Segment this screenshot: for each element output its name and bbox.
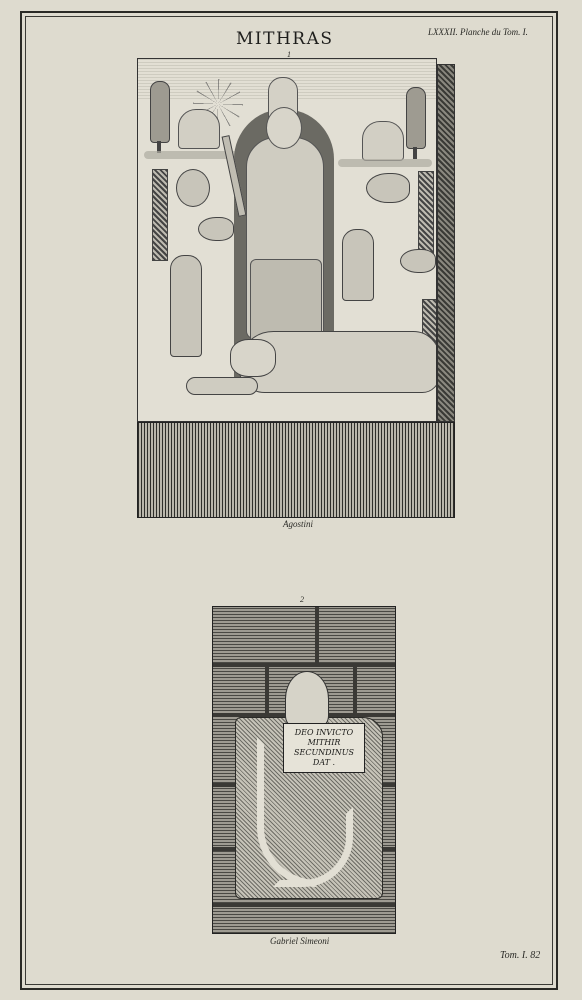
rooster-icon xyxy=(366,173,410,203)
figure-2-stone: DEO INVICTO MITHIR SECUNDINUS DAT . xyxy=(212,606,396,934)
inscription-tablet: DEO INVICTO MITHIR SECUNDINUS DAT . xyxy=(283,723,365,773)
brick-joint xyxy=(315,607,319,663)
inscription-line-2: MITHIR xyxy=(308,738,341,748)
cypress-right-icon xyxy=(406,87,426,149)
cypress-right-trunk xyxy=(413,147,417,159)
relief-side-edge xyxy=(437,64,455,422)
brick-joint xyxy=(265,663,269,713)
relief-panel xyxy=(137,58,437,422)
figure-1-relief xyxy=(137,58,455,518)
inscription-line-1: DEO INVICTO xyxy=(295,728,353,738)
dog-figure xyxy=(186,377,258,395)
figure-1-caption: Agostini xyxy=(283,519,313,529)
luna-bust xyxy=(362,121,404,161)
sol-bust xyxy=(178,109,220,149)
mithras-head xyxy=(266,107,302,149)
plate-title: MITHRAS xyxy=(236,29,334,49)
plate-page: MITHRAS LXXXII. Planche du Tom. I. 1 xyxy=(0,0,582,1000)
palm-left-icon xyxy=(152,169,168,261)
right-ground xyxy=(338,159,432,167)
page-footer: Tom. I. 82 xyxy=(500,950,540,961)
cautopates-torchbearer xyxy=(342,229,374,301)
brick-joint xyxy=(353,663,357,713)
plate-reference: LXXXII. Planche du Tom. I. xyxy=(428,27,528,37)
inscription-line-3: SECUNDINUS xyxy=(294,748,354,758)
inscription-line-4: DAT . xyxy=(313,758,335,768)
cypress-left-icon xyxy=(150,81,170,143)
brick-joint xyxy=(213,903,395,907)
lion-mask-icon xyxy=(176,169,210,207)
bull-head xyxy=(230,339,276,377)
figure-2-caption: Gabriel Simeoni xyxy=(270,936,329,946)
brick-joint xyxy=(213,663,395,667)
bust-head xyxy=(285,671,329,727)
raven-left-icon xyxy=(198,217,234,241)
figure-2-number: 2 xyxy=(300,595,304,604)
cautes-torchbearer xyxy=(170,255,202,357)
relief-pedestal xyxy=(137,422,455,518)
raven-right-icon xyxy=(400,249,436,273)
